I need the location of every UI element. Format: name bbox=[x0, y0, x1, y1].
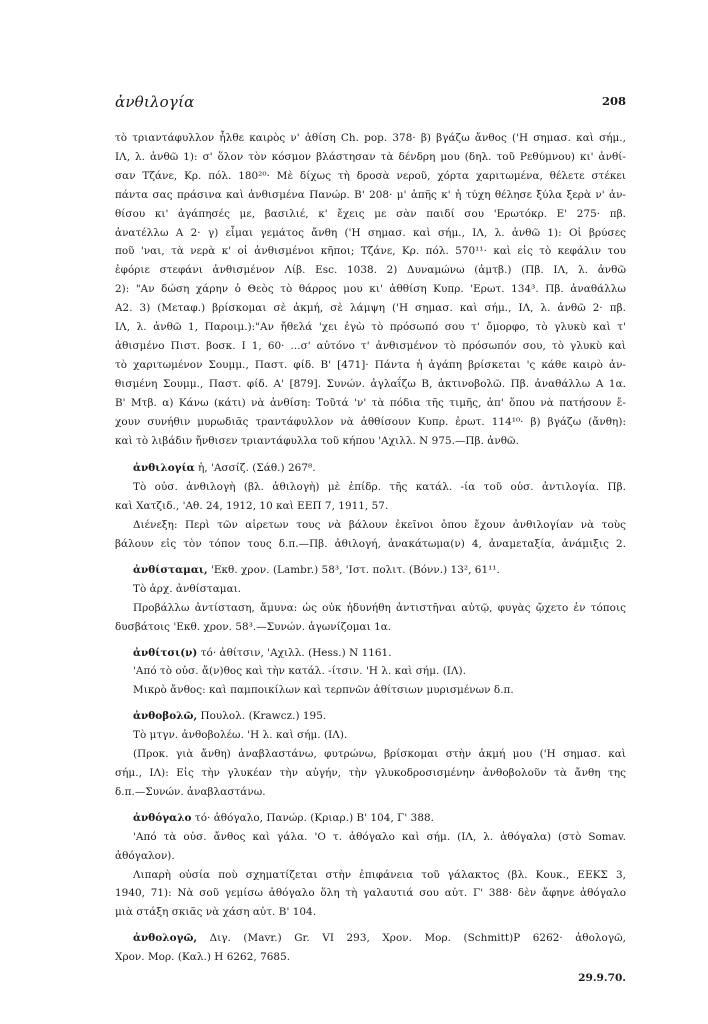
entry-anthogalo: ἀνθόγαλο τό· ἀθόγαλο, Πανώρ. (Κριαρ.) Β'… bbox=[115, 809, 626, 922]
text-line: Μικρὸ ἄνθος: καὶ παμποικίλων καὶ τερπνῶν… bbox=[115, 681, 626, 700]
headword: ἀνθιλογία bbox=[133, 462, 195, 474]
text-line: μιὰ στάξη σκιᾶς νὰ χάση αὐτ. Β' 104. bbox=[115, 903, 626, 922]
running-head: ἀνθιλογία 208 bbox=[115, 93, 626, 115]
text-line: Τὸ ἀρχ. ἀνθίσταμαι. bbox=[115, 580, 626, 599]
entry-anthilogia: ἀνθιλογία ἡ, 'Ασσίζ. (Σάθ.) 267⁸. Τὸ οὐσ… bbox=[115, 459, 626, 554]
entry-head-rest: 'Εκθ. χρον. (Lambr.) 58³, 'Ιστ. πολιτ. (… bbox=[208, 564, 500, 576]
headword: ἀνθολογῶ, bbox=[133, 932, 197, 944]
text-line: θισμένη Σουμμ., Παστ. φίδ. Α' [879]. Συν… bbox=[115, 375, 626, 394]
entry-head-rest: ἡ, 'Ασσίζ. (Σάθ.) 267⁸. bbox=[195, 462, 316, 474]
text-line: χουν συνήθιν μυρωδιᾶς τραντάφυλλον νὰ ἀθ… bbox=[115, 413, 626, 432]
text-line: Τὸ οὐσ. ἀνθιλογὴ (βλ. ἀθιλογὴ) μὲ ἐπίδρ.… bbox=[115, 478, 626, 497]
entry-head-line: ἀνθολογῶ, Διγ. (Mavr.) Gr. VI 293, Χρον.… bbox=[115, 929, 626, 948]
entry-head-line: ἀνθόγαλο τό· ἀθόγαλο, Πανώρ. (Κριαρ.) Β'… bbox=[115, 809, 626, 828]
entry-head-line: ἀνθοβολῶ, Πουλολ. (Krawcz.) 195. bbox=[115, 707, 626, 726]
text-line: ἀνατέλλω Α 2· γ) εἶμαι γεμάτος ἄνθη ('Η … bbox=[115, 224, 626, 243]
text-line: τὸ τριαντάφυλλον ἦλθε καιρὸς ν' ἀθίση Ch… bbox=[115, 129, 626, 148]
headword: ἀνθίτσι(ν) bbox=[133, 647, 197, 659]
entry-head-rest: Πουλολ. (Krawcz.) 195. bbox=[197, 710, 326, 722]
text-line: ἀθόγαλον). bbox=[115, 847, 626, 866]
text-line: πάντα σας πράσινα καὶ ἀνθισμένα Πανώρ. Β… bbox=[115, 186, 626, 205]
composition-date: 29.9.70. bbox=[115, 969, 626, 988]
text-line: ἐφόριε στεφάνι ἀνθισμένον Λίβ. Esc. 1038… bbox=[115, 261, 626, 280]
text-line: Τὸ μτγν. ἀνθοβολέω. 'Η λ. καὶ σήμ. (ΙΛ). bbox=[115, 726, 626, 745]
text-line: δ.π.—Συνών. ἀναβλαστάνω. bbox=[115, 783, 626, 802]
dictionary-page: ἀνθιλογία 208 τὸ τριαντάφυλλον ἦλθε καιρ… bbox=[115, 93, 626, 988]
entry-head-rest: Διγ. (Mavr.) Gr. VI 293, Χρον. Μορ. (Sch… bbox=[197, 932, 626, 944]
text-line: σήμ., ΙΛ): Εἰς τὴν γλυκέαν τὴν αὐγήν, τὴ… bbox=[115, 764, 626, 783]
entry-anthistamai: ἀνθίσταμαι, 'Εκθ. χρον. (Lambr.) 58³, 'Ι… bbox=[115, 561, 626, 637]
entry-head-rest: τό· ἀθόγαλο, Πανώρ. (Κριαρ.) Β' 104, Γ' … bbox=[192, 812, 434, 824]
text-line: (Προκ. γιὰ ἄνθη) ἀναβλαστάνω, φυτρώνω, β… bbox=[115, 745, 626, 764]
text-line: ποῦ 'ναι, τὰ νερὰ κ' οἱ ἀνθισμένοι κῆποι… bbox=[115, 242, 626, 261]
text-line: καὶ τὸ λιβάδιν ἤνθισεν τριαντάφυλλα τοῦ … bbox=[115, 432, 626, 451]
text-line: Διένεξη: Περὶ τῶν αἱρετων τους νὰ βάλουν… bbox=[115, 516, 626, 535]
entry-anthobolo: ἀνθοβολῶ, Πουλολ. (Krawcz.) 195. Τὸ μτγν… bbox=[115, 707, 626, 802]
text-line: δυσβάτοις 'Εκθ. χρον. 58³.—Συνών. ἀγωνίζ… bbox=[115, 618, 626, 637]
entry-head-line: ἀνθίσταμαι, 'Εκθ. χρον. (Lambr.) 58³, 'Ι… bbox=[115, 561, 626, 580]
text-line: ἀθισμένο Πιστ. βοσκ. Ι 1, 60· ...σ' αὐτό… bbox=[115, 337, 626, 356]
headword: ἀνθόγαλο bbox=[133, 812, 192, 824]
text-line: βάλουν εἰς τὸν τόπον τους δ.π.—Πβ. ἀθιλο… bbox=[115, 535, 626, 554]
text-line: σαν Τζάνε, Κρ. πόλ. 180²⁰· Μὲ δίχως τὴ δ… bbox=[115, 167, 626, 186]
text-line: τὸ χαριτωμένον Σουμμ., Παστ. φίδ. Β' [47… bbox=[115, 356, 626, 375]
entry-head-rest: τό· ἀθίτσιν, 'Αχιλλ. (Hess.) Ν 1161. bbox=[197, 647, 391, 659]
continued-entry: τὸ τριαντάφυλλον ἦλθε καιρὸς ν' ἀθίση Ch… bbox=[115, 129, 626, 450]
text-line: ΙΛ, λ. ἀνθῶ 1, Παροιμ.):"Αν ἤθελά 'χει ἐ… bbox=[115, 318, 626, 337]
entry-anthitsin: ἀνθίτσι(ν) τό· ἀθίτσιν, 'Αχιλλ. (Hess.) … bbox=[115, 644, 626, 701]
entry-anthologo: ἀνθολογῶ, Διγ. (Mavr.) Gr. VI 293, Χρον.… bbox=[115, 929, 626, 967]
text-line: καὶ Χατζιδ., 'Αθ. 24, 1912, 10 καὶ ΕΕΠ 7… bbox=[115, 497, 626, 516]
headword: ἀνθίσταμαι, bbox=[133, 564, 208, 576]
text-line: 2): "Αν δώση χάρην ὁ Θεὸς τὸ θάρρος μου … bbox=[115, 280, 626, 299]
headword: ἀνθοβολῶ, bbox=[133, 710, 197, 722]
text-line: θίσου κι' ἀγάπησές με, βασιλιέ, κ' ἔχεις… bbox=[115, 205, 626, 224]
text-line: Χρον. Μορ. (Καλ.) Η 6262, 7685. bbox=[115, 948, 626, 967]
text-line: 'Από τὰ οὐσ. ἄνθος καὶ γάλα. 'Ο τ. ἀθόγα… bbox=[115, 828, 626, 847]
entry-head-line: ἀνθίτσι(ν) τό· ἀθίτσιν, 'Αχιλλ. (Hess.) … bbox=[115, 644, 626, 663]
text-line: Λιπαρὴ οὐσία ποὺ σχηματίζεται στὴν ἐπιφά… bbox=[115, 866, 626, 885]
text-line: Α2. 3) (Μεταφ.) βρίσκομαι σὲ ἀκμή, σὲ λά… bbox=[115, 299, 626, 318]
text-line: Προβάλλω ἀντίσταση, ἄμυνα: ὡς οὐκ ἠδυνήθ… bbox=[115, 599, 626, 618]
text-line: Β' Μτβ. α) Κάνω (κάτι) νὰ ἀνθίση: Τοῦτά … bbox=[115, 394, 626, 413]
text-line: ΙΛ, λ. ἀνθῶ 1): σ' ὅλον τὸν κόσμον βλάστ… bbox=[115, 148, 626, 167]
running-head-word: ἀνθιλογία bbox=[115, 93, 194, 111]
entry-head-line: ἀνθιλογία ἡ, 'Ασσίζ. (Σάθ.) 267⁸. bbox=[115, 459, 626, 478]
page-number: 208 bbox=[602, 94, 626, 108]
text-line: 1940, 71): Νὰ σοῦ γεμίσω ἀθόγαλο ὅλη τὴ … bbox=[115, 884, 626, 903]
text-line: 'Από τὸ οὐσ. ἄ(ν)θος καὶ τὴν κατάλ. -ίτσ… bbox=[115, 662, 626, 681]
